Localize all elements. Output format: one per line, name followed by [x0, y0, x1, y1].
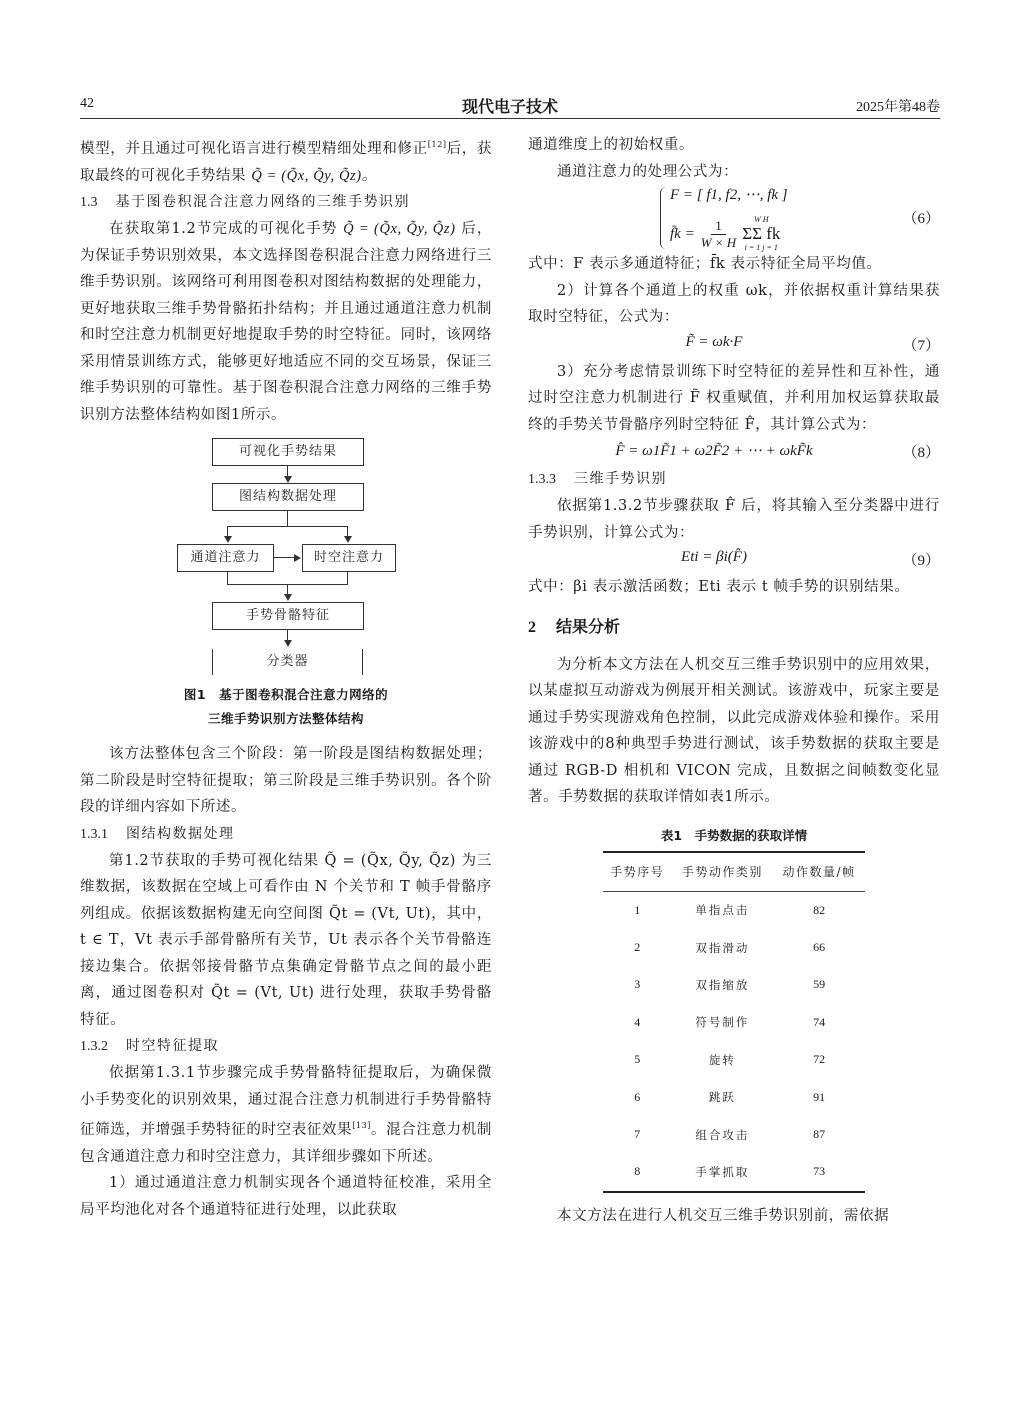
- section-number: 2: [528, 619, 536, 636]
- paragraph-where-2: 式中：βi 表示激活函数；Eti 表示 t 帧手势的识别结果。: [528, 574, 940, 601]
- cell-index: 6: [603, 1078, 672, 1115]
- cell-category: 旋转: [672, 1041, 774, 1078]
- connector-line: [273, 557, 295, 558]
- arrow-right-icon: [294, 554, 301, 562]
- left-column: 模型，并且通过可视化语言进行模型精细处理和修正[12]后，获取最终的可视化手势结…: [80, 132, 492, 1223]
- table-row: 3 双指缩放 59: [603, 966, 865, 1003]
- cell-category: 组合攻击: [672, 1116, 774, 1153]
- table-row: 5 旋转 72: [603, 1041, 865, 1078]
- diagram-box-visualization-result: 可视化手势结果: [212, 438, 364, 466]
- cell-index: 4: [603, 1004, 672, 1041]
- section-heading-1-3-2: 1.3.2时空特征提取: [80, 1033, 492, 1060]
- citation: [13]: [352, 1121, 371, 1130]
- equation-8: F̂ = ω1F̃1 + ω2F̃2 + ⋯ + ωkF̃k （8）: [528, 438, 940, 466]
- connector-line: [362, 649, 363, 675]
- section-heading-1-3-3: 1.3.3三维手势识别: [528, 466, 940, 493]
- diagram-box-gesture-skeleton-features: 手势骨骼特征: [212, 602, 364, 630]
- header-rule: [80, 118, 940, 119]
- equation-number: （9）: [902, 549, 940, 570]
- equation-number: （6）: [902, 207, 940, 228]
- cell-index: 8: [603, 1153, 672, 1191]
- eq6-line2: f̄k = 1 W × H W H ΣΣ fk i = 1 j = 1: [670, 215, 780, 253]
- sum-body: ΣΣ fk: [742, 225, 780, 243]
- cell-category: 符号制作: [672, 1004, 774, 1041]
- column-header: 动作数量/帧: [773, 852, 865, 892]
- connector-line: [227, 526, 348, 527]
- table-row: 1 单指点击 82: [603, 891, 865, 929]
- equation-number: （8）: [902, 441, 940, 462]
- table-row: 7 组合攻击 87: [603, 1116, 865, 1153]
- paragraph-1-3-2: 依据第1.3.1节步骤完成手势骨骼特征提取后，为确保微小手势变化的识别效果，通过…: [80, 1060, 492, 1170]
- paragraph-1-3-3: 依据第1.3.2节步骤获取 F̂ 后，将其输入至分类器中进行手势识别，计算公式为…: [528, 493, 940, 546]
- table-row: 6 跳跃 91: [603, 1078, 865, 1115]
- table-row: 4 符号制作 74: [603, 1004, 865, 1041]
- diagram-box-graph-processing: 图结构数据处理: [212, 483, 364, 511]
- cell-count: 73: [773, 1153, 865, 1191]
- text: 在获取第1.2节完成的可视化手势: [109, 221, 337, 237]
- gesture-data-table: 手势序号 手势动作类别 动作数量/帧 1 单指点击 82 2 双指滑动 66 3…: [603, 851, 865, 1193]
- section-heading-1-3-1: 1.3.1图结构数据处理: [80, 821, 492, 848]
- section-number: 1.3.1: [80, 827, 108, 842]
- column-header: 手势序号: [603, 852, 672, 892]
- cell-count: 66: [773, 929, 865, 966]
- eq6-fraction: 1 W × H: [701, 218, 737, 251]
- eq6-sum: W H ΣΣ fk i = 1 j = 1: [742, 215, 780, 253]
- denominator: W × H: [701, 235, 737, 251]
- section-number: 1.3: [80, 195, 98, 210]
- eq6-lhs: f̄k =: [670, 226, 695, 243]
- text: 模型，并且通过可视化语言进行模型精细处理和修正: [80, 141, 428, 157]
- cell-index: 7: [603, 1116, 672, 1153]
- cell-category: 跳跃: [672, 1078, 774, 1115]
- arrow-down-icon: [284, 594, 292, 601]
- text: 后，为保证手势识别效果，本文选择图卷积混合注意力网络进行三维手势识别。该网络可利…: [80, 221, 492, 423]
- paragraph-where-1: 式中：F 表示多通道特征；f̄k 表示特征全局平均值。: [528, 251, 940, 278]
- caption-line: 三维手势识别方法整体结构: [80, 707, 492, 731]
- arrow-down-icon: [284, 640, 292, 647]
- diagram-box-channel-attention: 通道注意力: [177, 544, 274, 572]
- figure-1-diagram: 可视化手势结果 图结构数据处理 通道注意力 时空注意力 手势骨骼特征 分类器: [80, 438, 492, 683]
- cell-index: 1: [603, 891, 672, 929]
- paragraph-intro: 模型，并且通过可视化语言进行模型精细处理和修正[12]后，获取最终的可视化手势结…: [80, 132, 492, 189]
- cell-count: 72: [773, 1041, 865, 1078]
- paragraph-last: 本文方法在进行人机交互三维手势识别前，需依据: [528, 1203, 940, 1230]
- citation: [12]: [428, 140, 447, 149]
- eq6-line1: F = [ f1, f2, ⋯, fk ]: [670, 185, 788, 204]
- cell-count: 91: [773, 1078, 865, 1115]
- arrow-down-icon: [224, 536, 232, 543]
- numerator: 1: [711, 218, 726, 235]
- section-title: 图结构数据处理: [126, 826, 235, 842]
- connector-line: [287, 510, 288, 526]
- equation-body: F̃ = ωk·F: [528, 334, 900, 351]
- paragraph-step-2: 2）计算各个通道上的权重 ωk，并依据权重计算结果获取时空特征，公式为：: [528, 278, 940, 331]
- table-header-row: 手势序号 手势动作类别 动作数量/帧: [603, 852, 865, 892]
- journal-volume: 2025年第48卷: [856, 96, 940, 116]
- formula-inline: Q̃ = (Q̃x, Q̃y, Q̃z)。: [251, 168, 377, 184]
- right-column: 通道维度上的初始权重。 通道注意力的处理公式为： F = [ f1, f2, ⋯…: [528, 132, 940, 1229]
- section-title: 基于图卷积混合注意力网络的三维手势识别: [116, 194, 411, 210]
- equation-9: Eti = βi(F̂) （9）: [528, 546, 940, 574]
- cell-count: 87: [773, 1116, 865, 1153]
- diagram-box-classifier: 分类器: [213, 649, 362, 675]
- section-title: 时空特征提取: [126, 1038, 219, 1054]
- connector-line: [347, 571, 348, 584]
- table-caption: 表1 手势数据的获取详情: [528, 825, 940, 847]
- paragraph-continued: 通道维度上的初始权重。: [528, 132, 940, 159]
- cell-count: 82: [773, 891, 865, 929]
- cell-index: 3: [603, 966, 672, 1003]
- paragraph-step-3: 3）充分考虑情景训练下时空特征的差异性和互补性，通过时空注意力机制进行 F̃ 权…: [528, 359, 940, 439]
- formula-inline: Q̃ = (Q̃x, Q̃y, Q̃z): [343, 221, 455, 237]
- equation-body: F̂ = ω1F̃1 + ω2F̃2 + ⋯ + ωkF̃k: [528, 441, 900, 460]
- cell-category: 单指点击: [672, 891, 774, 929]
- cell-count: 74: [773, 1004, 865, 1041]
- caption-line: 图1 基于图卷积混合注意力网络的: [80, 683, 492, 707]
- section-number: 1.3.3: [528, 472, 556, 487]
- cell-index: 5: [603, 1041, 672, 1078]
- cell-category: 双指滑动: [672, 929, 774, 966]
- figure-caption: 图1 基于图卷积混合注意力网络的 三维手势识别方法整体结构: [80, 683, 492, 731]
- equation-body: Eti = βi(F̂): [528, 549, 900, 566]
- column-header: 手势动作类别: [672, 852, 774, 892]
- cell-category: 双指缩放: [672, 966, 774, 1003]
- paragraph-results: 为分析本文方法在人机交互三维手势识别中的应用效果，以某虚拟互动游戏为例展开相关测…: [528, 652, 940, 811]
- section-heading-1-3: 1.3基于图卷积混合注意力网络的三维手势识别: [80, 189, 492, 216]
- cell-category: 手掌抓取: [672, 1153, 774, 1191]
- section-title: 三维手势识别: [574, 471, 667, 487]
- arrow-down-icon: [344, 536, 352, 543]
- paragraph-step-1: 1）通过通道注意力机制实现各个通道特征校准，采用全局平均池化对各个通道特征进行处…: [80, 1170, 492, 1223]
- section-number: 1.3.2: [80, 1039, 108, 1054]
- paragraph-1-3-1: 第1.2节获取的手势可视化结果 Q̃ = (Q̃x, Q̃y, Q̃z) 为三维…: [80, 848, 492, 1034]
- paragraph-1-3: 在获取第1.2节完成的可视化手势 Q̃ = (Q̃x, Q̃y, Q̃z) 后，…: [80, 216, 492, 428]
- table-row: 2 双指滑动 66: [603, 929, 865, 966]
- equation-6: F = [ f1, f2, ⋯, fk ] f̄k = 1 W × H W H …: [528, 185, 940, 251]
- journal-title: 现代电子技术: [80, 94, 940, 117]
- cell-index: 2: [603, 929, 672, 966]
- arrow-down-icon: [284, 476, 292, 483]
- brace: [660, 187, 667, 249]
- paragraph-formula-intro: 通道注意力的处理公式为：: [528, 159, 940, 186]
- equation-number: （7）: [902, 334, 940, 355]
- paragraph-stages: 该方法整体包含三个阶段：第一阶段是图结构数据处理；第二阶段是时空特征提取；第三阶…: [80, 741, 492, 821]
- equation-7: F̃ = ωk·F （7）: [528, 331, 940, 359]
- section-title: 结果分析: [556, 617, 620, 636]
- table-row: 8 手掌抓取 73: [603, 1153, 865, 1191]
- connector-line: [227, 571, 228, 584]
- diagram-box-spatiotemporal-attention: 时空注意力: [302, 544, 396, 572]
- section-heading-2: 2结果分析: [528, 613, 940, 642]
- sum-lower: i = 1 j = 1: [745, 243, 778, 253]
- running-header: 42 现代电子技术 2025年第48卷: [80, 94, 940, 116]
- cell-count: 59: [773, 966, 865, 1003]
